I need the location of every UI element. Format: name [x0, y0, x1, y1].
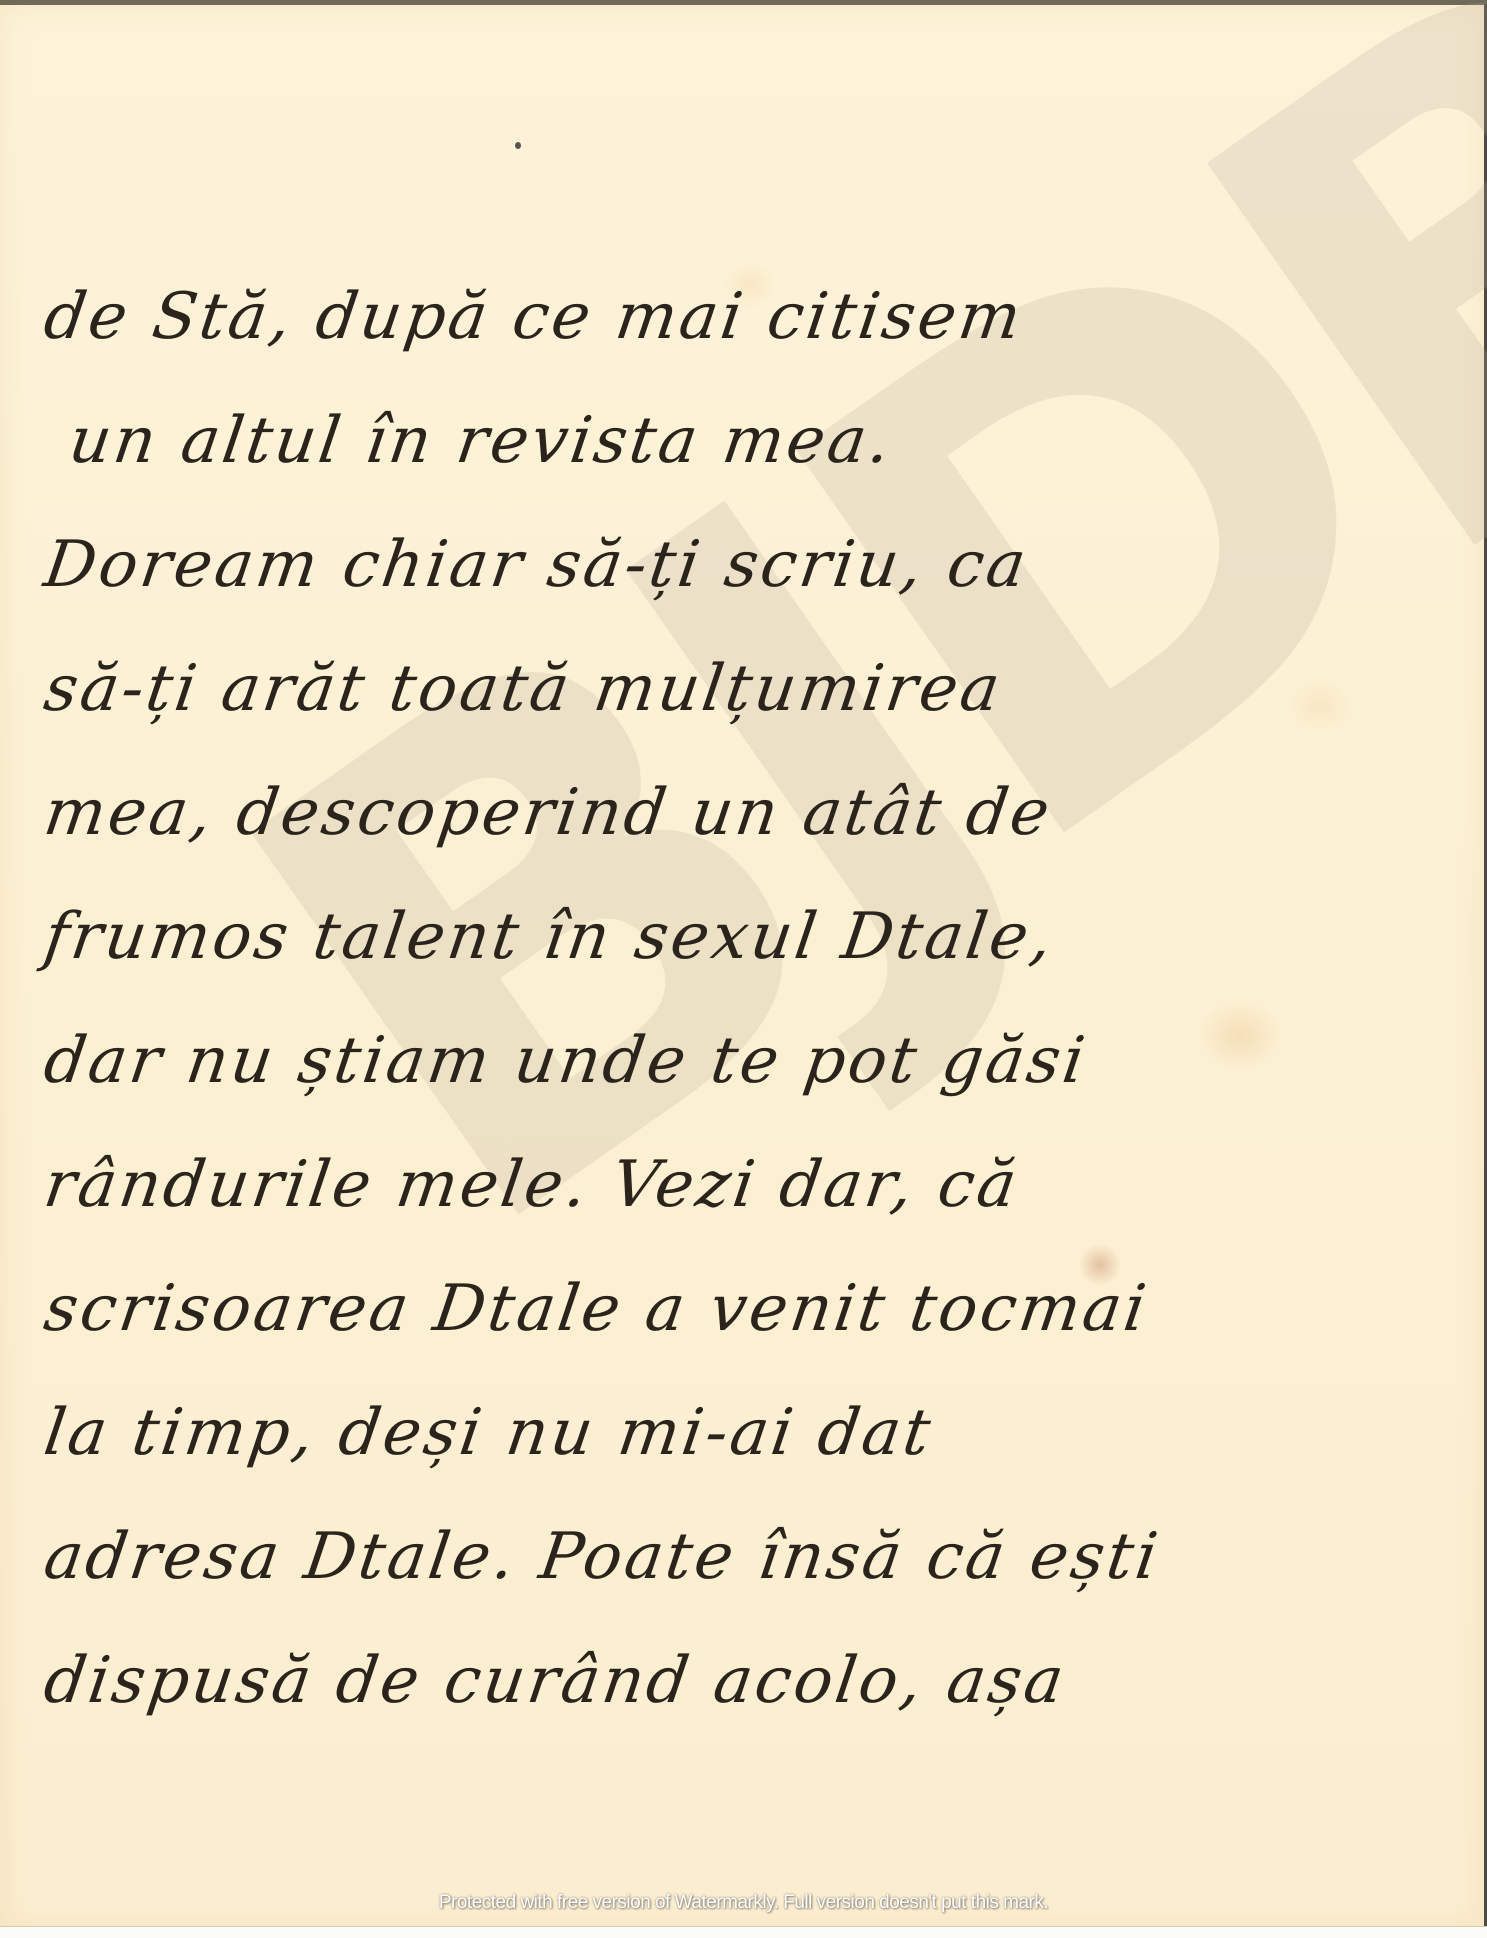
scan-bottom-edge: [0, 1926, 1487, 1938]
text-line: Doream chiar să-ți scriu, ca: [36, 503, 1433, 627]
text-line: dispusă de curând acolo, așa: [36, 1619, 1433, 1743]
text-line: un altul în revista mea.: [36, 379, 1433, 503]
text-line: dar nu știam unde te pot găsi: [36, 999, 1433, 1123]
text-line: de Stă, după ce mai citisem: [36, 255, 1433, 379]
text-line: mea, descoperind un atât de: [36, 751, 1433, 875]
watermarkly-notice: Protected with free version of Watermark…: [0, 1892, 1487, 1914]
text-line: rândurile mele. Vezi dar, că: [36, 1123, 1433, 1247]
letter-page: BJDB de Stă, după ce mai citisem un altu…: [0, 0, 1487, 1931]
handwritten-text: de Stă, după ce mai citisem un altul în …: [45, 255, 1425, 1743]
text-line: să-ți arăt toată mulțumirea: [36, 627, 1433, 751]
text-line: la timp, deși nu mi-ai dat: [36, 1371, 1433, 1495]
text-line: frumos talent în sexul Dtale,: [36, 875, 1433, 999]
text-line: scrisoarea Dtale a venit tocmai: [36, 1247, 1433, 1371]
ink-dot: [515, 142, 521, 149]
text-line: adresa Dtale. Poate însă că ești: [36, 1495, 1433, 1619]
